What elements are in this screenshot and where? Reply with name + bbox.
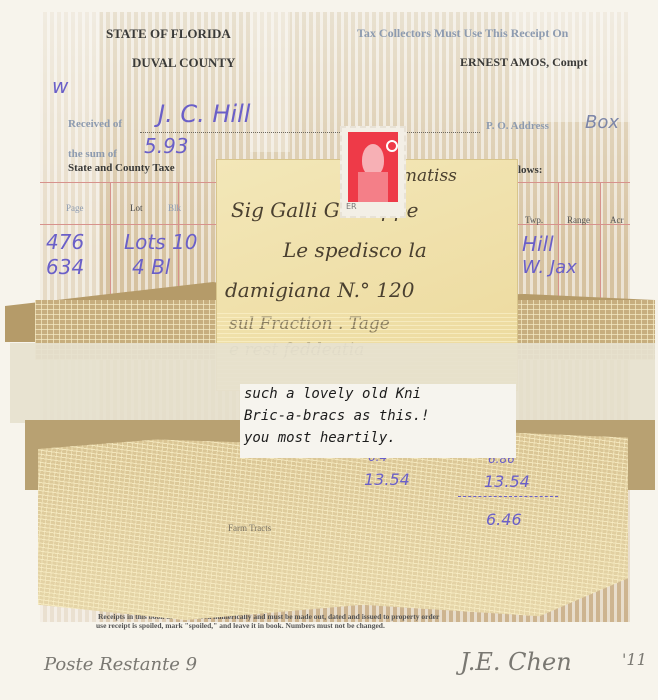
note-line: such a lovely old Kni [244, 386, 421, 402]
row-page: 634 [46, 255, 84, 279]
col-header-acr: Acr [610, 215, 624, 225]
letter-line: damigiana N.° 120 [225, 278, 414, 302]
col-header-twp: Twp. [525, 215, 543, 225]
handwritten-fabric-note: such a lovely old Kni Bric-a-bracs as th… [240, 384, 516, 458]
calc-left: 13.54 [364, 470, 410, 489]
note-line: Bric-a-bracs as this.! [244, 408, 429, 424]
receipt-notice: Tax Collectors Must Use This Receipt On [357, 26, 568, 41]
footer-line-2: use receipt is spoiled, mark "spoiled," … [96, 621, 385, 630]
row-lot: 4 Bl [132, 255, 170, 279]
artwork-title: Poste Restante 9 [44, 654, 197, 675]
taxes-label: State and County Taxe [68, 162, 175, 174]
table-rule [600, 182, 601, 302]
col-header-range: Range [567, 215, 590, 225]
row-twp: Hill [522, 232, 554, 256]
margin-mark: w [52, 74, 68, 98]
received-of-value: J. C. Hill [158, 100, 250, 128]
cockade-icon [386, 140, 398, 152]
table-rule [110, 182, 111, 302]
letter-line: Le spedisco la [283, 238, 427, 262]
row-page: 476 [46, 230, 84, 254]
receipt-state: STATE OF FLORIDA [106, 26, 231, 42]
note-line: you most heartily. [244, 430, 396, 446]
col-header-page: Page [66, 203, 84, 213]
table-rule [558, 182, 559, 302]
received-of-line [140, 132, 480, 133]
row-lot: Lots 10 [124, 230, 197, 254]
year-mark: '11 [622, 650, 647, 669]
follows-label: lows: [518, 164, 542, 176]
row-twp: W. Jax [522, 257, 577, 278]
po-address-value: Box [585, 112, 619, 133]
sum-label: the sum of [68, 148, 117, 160]
calc-rule [458, 496, 558, 497]
po-address-label: P. O. Address [486, 120, 549, 132]
calc-right: 13.54 [484, 472, 530, 491]
col-header-blk: Blk [168, 203, 181, 213]
gauze-layer: 6.4 13.54 6.86 13.54 6.46 Farm Tracts [38, 430, 628, 620]
marianne-stamp-image [348, 132, 398, 202]
paint-streak [250, 12, 290, 152]
sum-value: 5.93 [144, 134, 189, 158]
col-header-lot: Lot [130, 203, 143, 213]
marianne-neck-icon [358, 172, 388, 202]
calc-right: 6.46 [486, 510, 522, 529]
french-postage-stamp: ER [340, 126, 406, 218]
artist-signature: J.E. Chen [460, 648, 572, 676]
received-of-label: Received of [68, 118, 122, 130]
receipt-county: DUVAL COUNTY [132, 55, 235, 71]
postmark: ER [346, 202, 357, 211]
faint-text: Farm Tracts [228, 523, 271, 533]
receipt-comptroller: ERNEST AMOS, Compt [460, 55, 587, 70]
